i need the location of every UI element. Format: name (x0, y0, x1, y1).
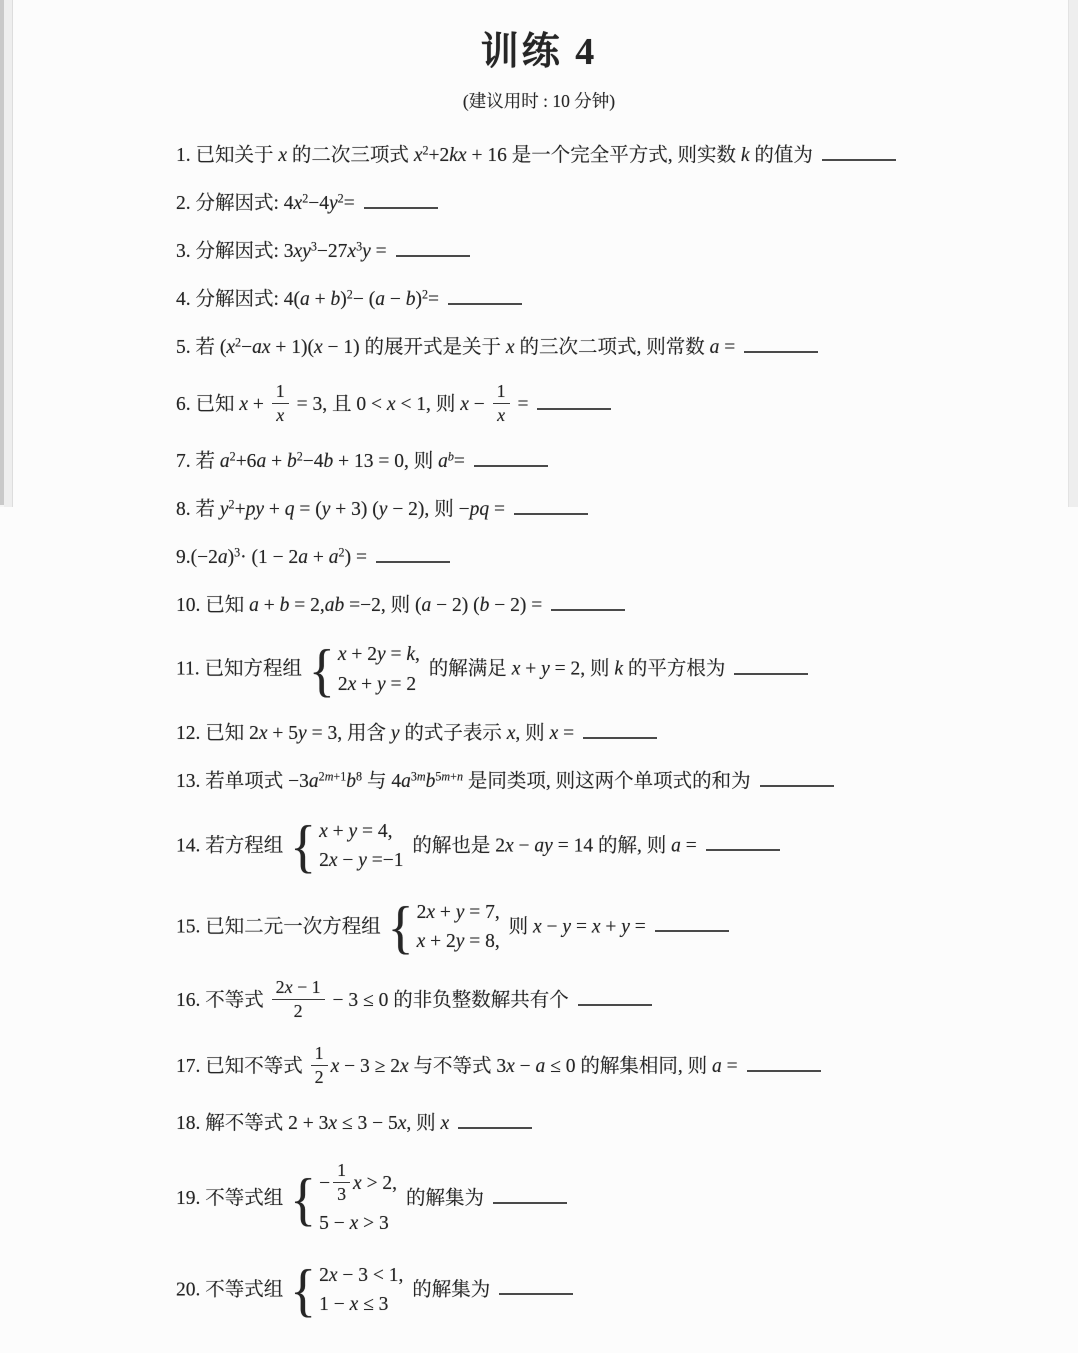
answer-blank (396, 240, 470, 257)
fraction: 1x (272, 381, 289, 426)
math-expression: a2+6a + b2−4b + 13 = 0, (220, 451, 409, 472)
problem-text: 16. 不等式 (176, 990, 269, 1011)
math-expression: 2x − 12 − 3 ≤ 0 (269, 990, 389, 1011)
problem-text: 15. 已知二元一次方程组 (176, 916, 386, 937)
problem-item: 1. 已知关于 x 的二次三项式 x2+2kx + 16 是一个完全平方式, 则… (176, 143, 1028, 170)
left-brace: { (309, 643, 335, 698)
problem-item: 4. 分解因式: 4(a + b)2− (a − b)2= (176, 287, 1028, 314)
math-expression: ab= (438, 451, 465, 472)
math-expression: k (741, 145, 750, 166)
answer-blank (474, 450, 548, 467)
problem-item: 16. 不等式 2x − 12 − 3 ≤ 0 的非负整数解共有个 (176, 979, 1028, 1024)
fraction: 12 (311, 1043, 328, 1088)
answer-blank (514, 498, 588, 515)
math-expression: y2+py + q = (y + 3) (y − 2), (220, 499, 429, 520)
math-expression: 12x − 3 ≥ 2x (308, 1056, 409, 1077)
problem-item: 19. 不等式组 {−13x > 2,5 − x > 3 的解集为 (176, 1159, 1028, 1240)
system-equation: x + 2y = 8, (417, 930, 500, 954)
problem-text: 14. 若方程组 (176, 835, 288, 856)
answer-blank (578, 989, 652, 1006)
superscript: 2m+1 (319, 769, 347, 783)
problem-text: 则 (386, 595, 415, 616)
answer-blank (551, 594, 625, 611)
problem-text: 则 (429, 499, 458, 520)
problem-text: 11. 已知方程组 (176, 659, 307, 680)
answer-blank (364, 192, 438, 209)
problem-text: 1. 已知关于 (176, 145, 278, 166)
superscript: 5m+n (435, 769, 463, 783)
worksheet-content: 训练 4 (建议用时 : 10 分钟) 1. 已知关于 x 的二次三项式 x2+… (0, 0, 1078, 1342)
problem-text: 13. 若单项式 (176, 771, 288, 792)
problems-list: 1. 已知关于 x 的二次三项式 x2+2kx + 16 是一个完全平方式, 则… (0, 113, 1078, 1321)
problem-text: 的解满足 (424, 659, 512, 680)
problem-text: 18. 解不等式 (176, 1113, 288, 1134)
problem-item: 9.(−2a)3· (1 − 2a + a2) = (176, 545, 1028, 572)
math-expression: (x2−ax + 1)(x − 1) (220, 337, 360, 358)
problem-text: 则 (520, 723, 549, 744)
problem-text: 6. 已知 (176, 394, 239, 415)
system-equation: 2x − 3 < 1, (319, 1264, 403, 1288)
problem-text: 3. 分解因式: (176, 241, 284, 262)
fraction: 1x (493, 381, 510, 426)
system-equation: 2x + y = 2 (338, 673, 420, 697)
system-equation: 2x − y =−1 (319, 849, 403, 873)
problem-text: 7. 若 (176, 451, 220, 472)
math-expression: x (441, 1113, 450, 1134)
problem-item: 7. 若 a2+6a + b2−4b + 13 = 0, 则 ab= (176, 449, 1028, 476)
left-brace: { (290, 1172, 316, 1227)
superscript: 3m (411, 769, 426, 783)
problem-text: 12. 已知 (176, 723, 249, 744)
math-expression: 4a3mb5m+n (391, 771, 463, 792)
problem-item: 12. 已知 2x + 5y = 3, 用含 y 的式子表示 x, 则 x = (176, 721, 1028, 748)
problem-text: 的解集为 (407, 1279, 490, 1300)
math-expression: (−2a)3· (1 − 2a + a2) = (191, 547, 367, 568)
problem-text: 5. 若 (176, 337, 220, 358)
problem-text: 与不等式 (409, 1056, 497, 1077)
problem-text: 的解集相同, 则 (576, 1056, 713, 1077)
math-expression: −pq = (459, 499, 505, 520)
page-title: 训练 4 (0, 20, 1078, 75)
math-expression: x, (507, 723, 521, 744)
problem-text: 10. 已知 (176, 595, 249, 616)
math-expression: 2 + 3x ≤ 3 − 5x, (288, 1113, 411, 1134)
fraction: 13 (333, 1160, 350, 1205)
problem-text: 则 (431, 394, 460, 415)
equation-system: {x + y = 4,2x − y =−1 (290, 820, 403, 874)
math-expression: a = (712, 1056, 738, 1077)
math-expression: 2x + 5y = 3, (249, 723, 342, 744)
equation-system: {2x + y = 7,x + 2y = 8, (388, 901, 500, 955)
equation-system: {2x − 3 < 1,1 − x ≤ 3 (290, 1264, 403, 1318)
math-expression: x − y = x + y = (533, 916, 646, 937)
answer-blank (376, 546, 450, 563)
problem-text: 的式子表示 (400, 723, 507, 744)
problem-text: 17. 已知不等式 (176, 1056, 308, 1077)
math-expression: x − 1x = (460, 394, 528, 415)
fraction: 2x − 12 (272, 977, 325, 1022)
problem-text: 用含 (342, 723, 391, 744)
equation-system: {x + 2y = k,2x + y = 2 (309, 643, 420, 697)
answer-blank (747, 1055, 821, 1072)
problem-item: 14. 若方程组 {x + y = 4,2x − y =−1 的解也是 2x −… (176, 817, 1028, 877)
math-expression: x2+2kx + 16 (414, 145, 507, 166)
math-expression: k (614, 659, 623, 680)
answer-blank (499, 1278, 573, 1295)
math-expression: x + y = 2, (512, 659, 585, 680)
answer-blank (822, 144, 896, 161)
answer-blank (760, 770, 834, 787)
math-expression: x (278, 145, 287, 166)
system-equation: 2x + y = 7, (417, 901, 500, 925)
answer-blank (448, 288, 522, 305)
answer-blank (744, 336, 818, 353)
problem-text: 的非负整数解共有个 (388, 990, 568, 1011)
answer-blank (706, 834, 780, 851)
problem-text: 则 (411, 1113, 440, 1134)
problem-item: 11. 已知方程组 {x + 2y = k,2x + y = 2 的解满足 x … (176, 640, 1028, 700)
math-expression: a = (671, 835, 697, 856)
problem-item: 8. 若 y2+py + q = (y + 3) (y − 2), 则 −pq … (176, 497, 1028, 524)
problem-text: 20. 不等式组 (176, 1279, 288, 1300)
problem-text: 且 (327, 394, 356, 415)
problem-item: 17. 已知不等式 12x − 3 ≥ 2x 与不等式 3x − a ≤ 0 的… (176, 1045, 1028, 1090)
problem-text: 则 (504, 916, 533, 937)
system-equation: x + y = 4, (319, 820, 403, 844)
system-equation: 5 − x > 3 (319, 1212, 397, 1236)
problem-text: 的三次二项式, 则常数 (515, 337, 710, 358)
problem-text: 与 (362, 771, 391, 792)
answer-blank (537, 393, 611, 410)
problem-text: 是同类项, 则这两个单项式的和为 (463, 771, 751, 792)
answer-blank (493, 1187, 567, 1204)
problem-item: 3. 分解因式: 3xy3−27x3y = (176, 239, 1028, 266)
problem-text: 的解, 则 (593, 835, 671, 856)
system-equation: 1 − x ≤ 3 (319, 1293, 403, 1317)
problem-text: 19. 不等式组 (176, 1188, 288, 1209)
system-equation: −13x > 2, (319, 1162, 397, 1207)
problem-item: 10. 已知 a + b = 2,ab =−2, 则 (a − 2) (b − … (176, 593, 1028, 620)
problem-text: 则 (409, 451, 438, 472)
math-expression: y (391, 723, 400, 744)
problem-text: 4. 分解因式: (176, 289, 284, 310)
math-expression: x + 1x = 3, (239, 394, 327, 415)
problem-item: 15. 已知二元一次方程组 {2x + y = 7,x + 2y = 8, 则 … (176, 898, 1028, 958)
problem-text: 则 (585, 659, 614, 680)
problem-text: 的展开式是关于 (360, 337, 506, 358)
problem-item: 18. 解不等式 2 + 3x ≤ 3 − 5x, 则 x (176, 1111, 1028, 1138)
left-brace: { (290, 1263, 316, 1318)
math-expression: x = (550, 723, 575, 744)
math-expression: 4(a + b)2− (a − b)2= (284, 289, 439, 310)
answer-blank (655, 915, 729, 932)
left-brace: { (290, 819, 316, 874)
problem-text: 的二次三项式 (287, 145, 414, 166)
math-expression: −3a2m+1b8 (288, 771, 362, 792)
problem-item: 6. 已知 x + 1x = 3, 且 0 < x < 1, 则 x − 1x … (176, 383, 1028, 428)
problem-item: 5. 若 (x2−ax + 1)(x − 1) 的展开式是关于 x 的三次二项式… (176, 335, 1028, 362)
equation-system: {−13x > 2,5 − x > 3 (290, 1162, 397, 1237)
answer-blank (734, 658, 808, 675)
math-expression: 4x2−4y2= (284, 193, 355, 214)
math-expression: a + b = 2,ab =−2, (249, 595, 386, 616)
page-subtitle: (建议用时 : 10 分钟) (0, 88, 1078, 113)
math-expression: x (506, 337, 515, 358)
problem-text: 的解集为 (401, 1188, 484, 1209)
problem-item: 13. 若单项式 −3a2m+1b8 与 4a3mb5m+n 是同类项, 则这两… (176, 769, 1028, 796)
problem-text: 是一个完全平方式, 则实数 (507, 145, 741, 166)
problem-text: 8. 若 (176, 499, 220, 520)
problem-item: 2. 分解因式: 4x2−4y2= (176, 191, 1028, 218)
answer-blank (458, 1112, 532, 1129)
left-brace: { (388, 900, 414, 955)
math-expression: 2x − ay = 14 (495, 835, 593, 856)
math-expression: 3xy3−27x3y = (284, 241, 387, 262)
problem-item: 20. 不等式组 {2x − 3 < 1,1 − x ≤ 3 的解集为 (176, 1261, 1028, 1321)
math-expression: 0 < x < 1, (356, 394, 431, 415)
math-expression: (a − 2) (b − 2) = (415, 595, 542, 616)
worksheet-header: 训练 4 (建议用时 : 10 分钟) (0, 0, 1078, 113)
problem-text: 的值为 (750, 145, 813, 166)
problem-text: 的平方根为 (623, 659, 725, 680)
problem-text: 的解也是 (408, 835, 496, 856)
math-expression: 3x − a ≤ 0 (496, 1056, 575, 1077)
problem-text: 2. 分解因式: (176, 193, 284, 214)
problem-text: 9. (176, 547, 191, 568)
system-equation: x + 2y = k, (338, 643, 420, 667)
answer-blank (583, 722, 657, 739)
math-expression: a = (710, 337, 736, 358)
